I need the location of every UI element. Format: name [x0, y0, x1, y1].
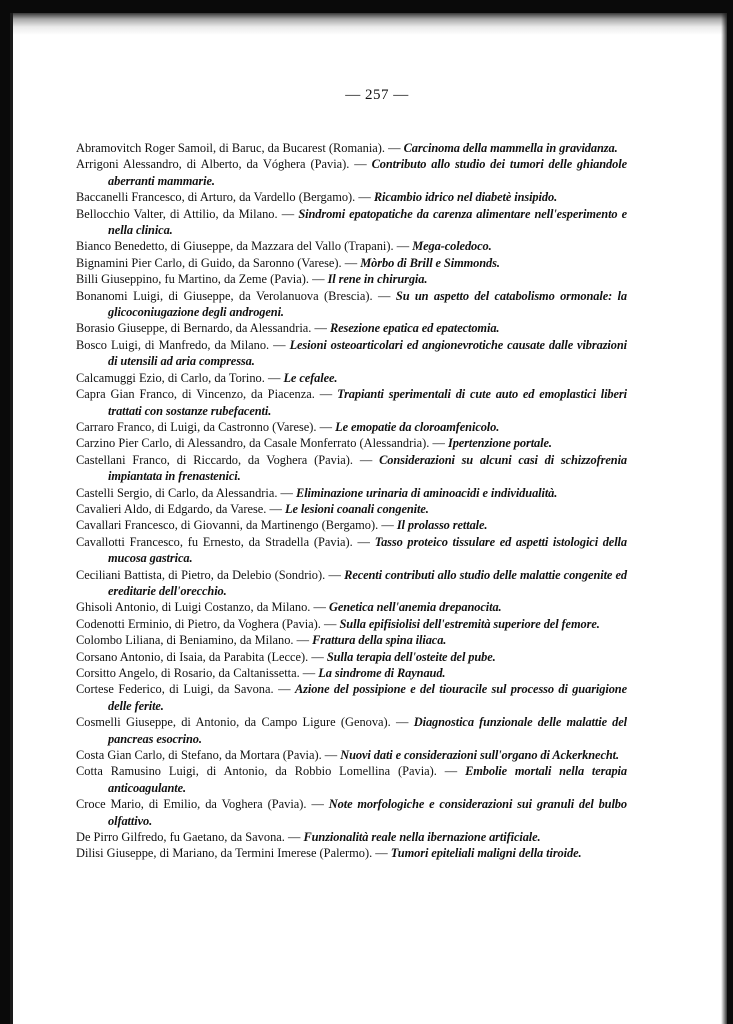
list-item: Castelli Sergio, di Carlo, da Alessandri…: [76, 485, 627, 501]
entry-author: Cavallari Francesco, di Giovanni, da Mar…: [76, 518, 378, 532]
entry-title: Eliminazione urinaria di aminoacidi e in…: [296, 486, 557, 500]
entry-separator: —: [437, 764, 465, 778]
list-item: Carzino Pier Carlo, di Alessandro, da Ca…: [76, 435, 627, 451]
entry-author: Cosmelli Giuseppe, di Antonio, da Campo …: [76, 715, 391, 729]
entry-title: Il prolasso rettale.: [397, 518, 488, 532]
entry-author: Billi Giuseppino, fu Martino, da Zeme (P…: [76, 272, 309, 286]
list-item: Borasio Giuseppe, di Bernardo, da Alessa…: [76, 320, 627, 336]
entry-author: Corsano Antonio, di Isaia, da Parabita (…: [76, 650, 308, 664]
entry-author: Bonanomi Luigi, di Giuseppe, da Verolanu…: [76, 289, 373, 303]
entry-title: Il rene in chirurgia.: [328, 272, 428, 286]
entry-title: Le cefalee.: [283, 371, 337, 385]
entry-author: Corsitto Angelo, di Rosario, da Caltanis…: [76, 666, 300, 680]
entry-title: Funzionalità reale nella ibernazione art…: [303, 830, 540, 844]
list-item: Bosco Luigi, di Manfredo, da Milano. — L…: [76, 337, 627, 370]
entry-separator: —: [349, 157, 371, 171]
entry-separator: —: [373, 289, 396, 303]
list-item: Cortese Federico, di Luigi, da Savona. —…: [76, 681, 627, 714]
entry-author: Bignamini Pier Carlo, di Guido, da Saron…: [76, 256, 342, 270]
entry-author: Dilisi Giuseppe, di Mariano, da Termini …: [76, 846, 372, 860]
entry-separator: —: [277, 486, 296, 500]
entry-author: Cotta Ramusino Luigi, di Antonio, da Rob…: [76, 764, 437, 778]
list-item: Bianco Benedetto, di Giuseppe, da Mazzar…: [76, 238, 627, 254]
list-item: Baccanelli Francesco, di Arturo, da Vard…: [76, 189, 627, 205]
scan-edge-shadow-right: [721, 13, 727, 1024]
entry-title: Ricambio idrico nel diabetè insipido.: [374, 190, 557, 204]
entry-author: Costa Gian Carlo, di Stefano, da Mortara…: [76, 748, 322, 762]
entry-separator: —: [342, 256, 361, 270]
scan-edge-shadow-top: [13, 13, 727, 35]
list-item: Bellocchio Valter, di Attilio, da Milano…: [76, 206, 627, 239]
entry-author: Abramovitch Roger Samoil, di Baruc, da B…: [76, 141, 385, 155]
list-item: Cavallari Francesco, di Giovanni, da Mar…: [76, 517, 627, 533]
list-item: Cotta Ramusino Luigi, di Antonio, da Rob…: [76, 763, 627, 796]
entry-separator: —: [315, 387, 337, 401]
entry-title: La sindrome di Raynaud.: [318, 666, 445, 680]
list-item: Bonanomi Luigi, di Giuseppe, da Verolanu…: [76, 288, 627, 321]
entry-separator: —: [317, 420, 336, 434]
entry-separator: —: [429, 436, 448, 450]
entry-separator: —: [372, 846, 391, 860]
list-item: Croce Mario, di Emilio, da Voghera (Pavi…: [76, 796, 627, 829]
entry-separator: —: [325, 568, 344, 582]
list-item: Bignamini Pier Carlo, di Guido, da Saron…: [76, 255, 627, 271]
list-item: Corsitto Angelo, di Rosario, da Caltanis…: [76, 665, 627, 681]
entry-separator: —: [269, 338, 289, 352]
entry-separator: —: [265, 371, 284, 385]
entry-separator: —: [321, 617, 340, 631]
list-item: De Pirro Gilfredo, fu Gaetano, da Savona…: [76, 829, 627, 845]
entry-title: Mega-coledoco.: [412, 239, 491, 253]
entry-author: Codenotti Erminio, di Pietro, da Voghera…: [76, 617, 321, 631]
entry-separator: —: [310, 600, 329, 614]
entry-author: Arrigoni Alessandro, di Alberto, da Vógh…: [76, 157, 349, 171]
scanned-page: — 257 — Abramovitch Roger Samoil, di Bar…: [10, 13, 727, 1024]
entry-author: Colombo Liliana, di Beniamino, da Milano…: [76, 633, 294, 647]
entry-author: Carzino Pier Carlo, di Alessandro, da Ca…: [76, 436, 429, 450]
list-item: Colombo Liliana, di Beniamino, da Milano…: [76, 632, 627, 648]
entry-author: Castelli Sergio, di Carlo, da Alessandri…: [76, 486, 277, 500]
entry-separator: —: [285, 830, 304, 844]
entry-author: Bellocchio Valter, di Attilio, da Milano…: [76, 207, 278, 221]
entry-separator: —: [308, 650, 327, 664]
entry-separator: —: [353, 535, 375, 549]
entry-author: Ghisoli Antonio, di Luigi Costanzo, da M…: [76, 600, 310, 614]
list-item: Dilisi Giuseppe, di Mariano, da Termini …: [76, 845, 627, 861]
entry-separator: —: [309, 272, 328, 286]
entry-title: Nuovi dati e considerazioni sull'organo …: [340, 748, 619, 762]
entry-author: Ceciliani Battista, di Pietro, da Delebi…: [76, 568, 325, 582]
entry-author: Baccanelli Francesco, di Arturo, da Vard…: [76, 190, 355, 204]
list-item: Cosmelli Giuseppe, di Antonio, da Campo …: [76, 714, 627, 747]
entry-separator: —: [394, 239, 413, 253]
entry-separator: —: [294, 633, 313, 647]
list-item: Costa Gian Carlo, di Stefano, da Mortara…: [76, 747, 627, 763]
entry-author: De Pirro Gilfredo, fu Gaetano, da Savona…: [76, 830, 285, 844]
entry-author: Cortese Federico, di Luigi, da Savona.: [76, 682, 274, 696]
entry-title: Tumori epiteliali maligni della tiroide.: [391, 846, 582, 860]
entry-title: Resezione epatica ed epatectomia.: [330, 321, 499, 335]
entry-title: Sulla terapia dell'osteite del pube.: [327, 650, 496, 664]
entry-author: Carraro Franco, di Luigi, da Castronno (…: [76, 420, 317, 434]
list-item: Capra Gian Franco, di Vincenzo, da Piace…: [76, 386, 627, 419]
entry-author: Croce Mario, di Emilio, da Voghera (Pavi…: [76, 797, 307, 811]
entry-separator: —: [353, 453, 379, 467]
thesis-list: Abramovitch Roger Samoil, di Baruc, da B…: [76, 140, 627, 862]
list-item: Cavalieri Aldo, di Edgardo, da Varese. —…: [76, 501, 627, 517]
entry-separator: —: [278, 207, 299, 221]
entry-separator: —: [391, 715, 414, 729]
list-item: Castellani Franco, di Riccardo, da Voghe…: [76, 452, 627, 485]
entry-separator: —: [274, 682, 295, 696]
list-item: Ghisoli Antonio, di Luigi Costanzo, da M…: [76, 599, 627, 615]
entry-title: Le emopatie da cloroamfenicolo.: [335, 420, 499, 434]
entry-separator: —: [378, 518, 397, 532]
entry-author: Cavallotti Francesco, fu Ernesto, da Str…: [76, 535, 353, 549]
list-item: Billi Giuseppino, fu Martino, da Zeme (P…: [76, 271, 627, 287]
entry-separator: —: [300, 666, 319, 680]
list-item: Calcamuggi Ezio, di Carlo, da Torino. — …: [76, 370, 627, 386]
entry-author: Bosco Luigi, di Manfredo, da Milano.: [76, 338, 269, 352]
entry-author: Calcamuggi Ezio, di Carlo, da Torino.: [76, 371, 265, 385]
entry-title: Genetica nell'anemia drepanocita.: [329, 600, 502, 614]
entry-title: Le lesioni coanali congenite.: [285, 502, 429, 516]
entry-separator: —: [355, 190, 374, 204]
entry-title: Carcinoma della mammella in gravidanza.: [404, 141, 618, 155]
entry-author: Bianco Benedetto, di Giuseppe, da Mazzar…: [76, 239, 394, 253]
list-item: Codenotti Erminio, di Pietro, da Voghera…: [76, 616, 627, 632]
entry-title: Frattura della spina iliaca.: [312, 633, 446, 647]
entry-title: Sulla epifisiolisi dell'estremità superi…: [340, 617, 600, 631]
list-item: Carraro Franco, di Luigi, da Castronno (…: [76, 419, 627, 435]
list-item: Ceciliani Battista, di Pietro, da Delebi…: [76, 567, 627, 600]
entry-separator: —: [385, 141, 404, 155]
entry-separator: —: [266, 502, 285, 516]
list-item: Arrigoni Alessandro, di Alberto, da Vógh…: [76, 156, 627, 189]
list-item: Abramovitch Roger Samoil, di Baruc, da B…: [76, 140, 627, 156]
list-item: Corsano Antonio, di Isaia, da Parabita (…: [76, 649, 627, 665]
entry-author: Borasio Giuseppe, di Bernardo, da Alessa…: [76, 321, 311, 335]
entry-author: Capra Gian Franco, di Vincenzo, da Piace…: [76, 387, 315, 401]
list-item: Cavallotti Francesco, fu Ernesto, da Str…: [76, 534, 627, 567]
entry-author: Castellani Franco, di Riccardo, da Voghe…: [76, 453, 353, 467]
entry-title: Ipertenzione portale.: [448, 436, 552, 450]
entry-separator: —: [311, 321, 330, 335]
entry-author: Cavalieri Aldo, di Edgardo, da Varese.: [76, 502, 266, 516]
entry-title: Mòrbo di Brill e Simmonds.: [360, 256, 500, 270]
page-number: — 257 —: [13, 87, 727, 104]
entry-separator: —: [322, 748, 341, 762]
entry-separator: —: [307, 797, 329, 811]
